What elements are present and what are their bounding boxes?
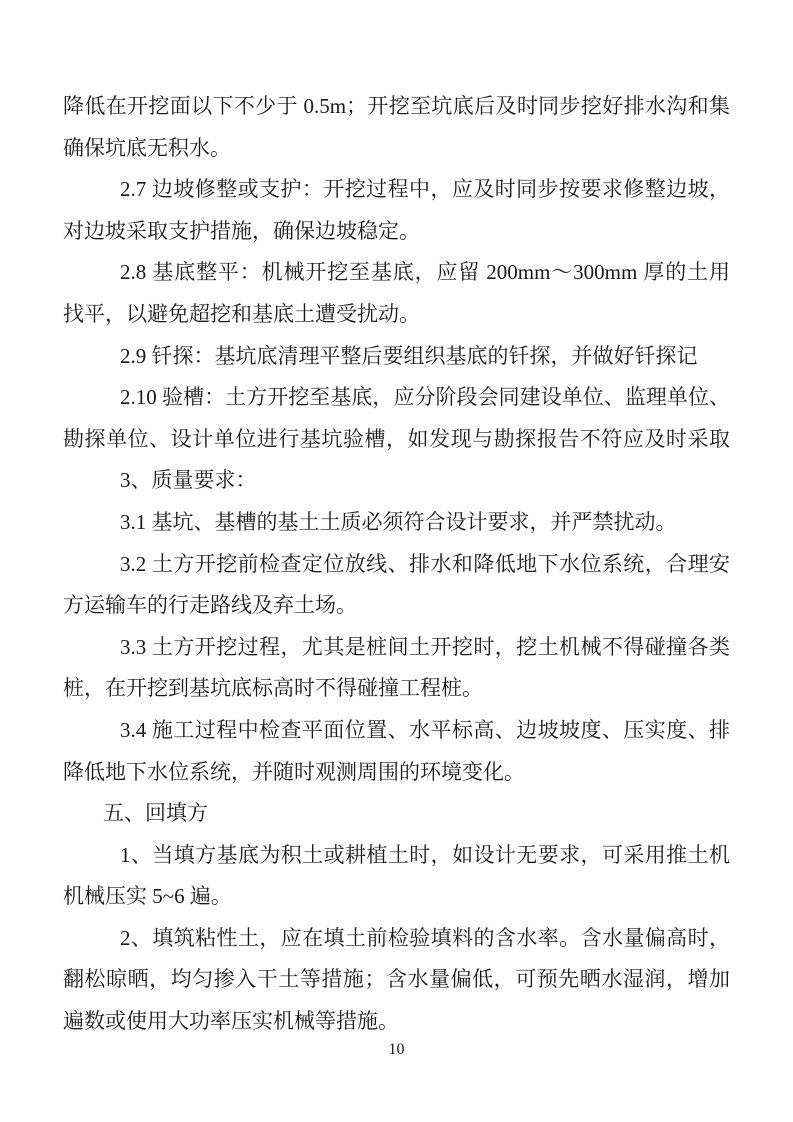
section-heading: 3、质量要求： [63,460,730,502]
text-line: 2.8 基底整平：机械开挖至基底，应留 200mm～300mm 厚的土用人工清理 [63,252,730,294]
text-line: 2.9 钎探：基坑底清理平整后要组织基底的钎探，并做好钎探记录。 [63,336,730,378]
text-line: 方运输车的行走路线及弃土场。 [63,585,730,627]
text-line: 机械压实 5~6 遍。 [63,876,730,918]
page-number: 10 [0,1036,793,1064]
text-line: 确保坑底无积水。 [63,128,730,170]
text-line: 3.2 土方开挖前检查定位放线、排水和降低地下水位系统，合理安排土 [63,544,730,586]
text-line: 勘探单位、设计单位进行基坑验槽，如发现与勘探报告不符应及时采取措施。 [63,419,730,461]
text-line: 3.4 施工过程中检查平面位置、水平标高、边坡坡度、压实度、排水、 [63,710,730,752]
text-line: 找平，以避免超挖和基底土遭受扰动。 [63,294,730,336]
document-body: 降低在开挖面以下不少于 0.5m；开挖至坑底后及时同步挖好排水沟和集水井， 确保… [63,86,730,1043]
text-line: 翻松晾晒，均匀掺入干土等措施；含水量偏低，可预先晒水湿润，增加压实 [63,959,730,1001]
text-line: 桩，在开挖到基坑底标高时不得碰撞工程桩。 [63,668,730,710]
text-line: 对边坡采取支护措施，确保边坡稳定。 [63,211,730,253]
text-line: 2.10 验槽：土方开挖至基底，应分阶段会同建设单位、监理单位、地质 [63,377,730,419]
text-line: 2、填筑粘性土，应在填土前检验填料的含水率。含水量偏高时，可采用 [63,918,730,960]
text-line: 2.7 边坡修整或支护：开挖过程中，应及时同步按要求修整边坡，并应 [63,169,730,211]
document-page: 降低在开挖面以下不少于 0.5m；开挖至坑底后及时同步挖好排水沟和集水井， 确保… [0,0,793,1122]
section-heading: 五、回填方 [63,793,730,835]
text-line: 3.1 基坑、基槽的基土土质必须符合设计要求，并严禁扰动。 [63,502,730,544]
text-line: 降低地下水位系统，并随时观测周围的环境变化。 [63,752,730,794]
text-line: 降低在开挖面以下不少于 0.5m；开挖至坑底后及时同步挖好排水沟和集水井， [63,86,730,128]
text-line: 1、当填方基底为积土或耕植土时，如设计无要求，可采用推土机或工程 [63,835,730,877]
text-line: 3.3 土方开挖过程，尤其是桩间土开挖时，挖土机械不得碰撞各类支护 [63,627,730,669]
